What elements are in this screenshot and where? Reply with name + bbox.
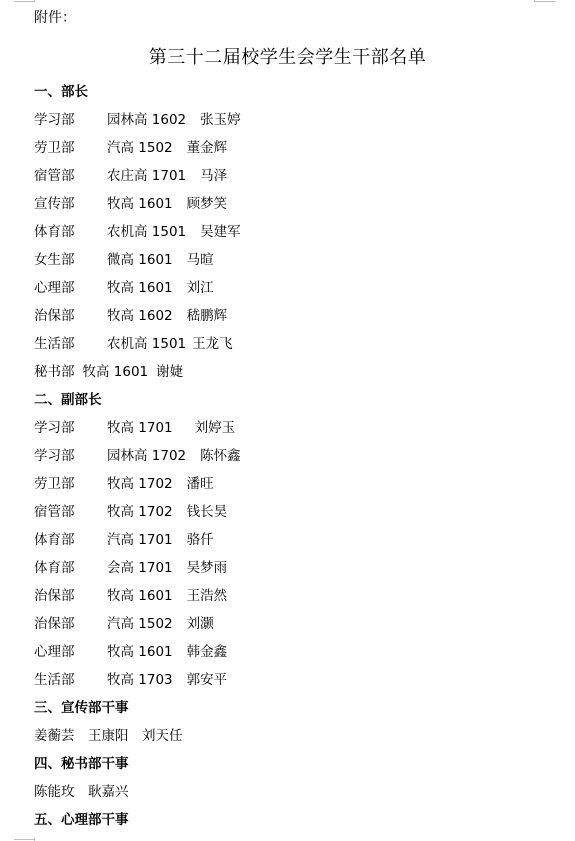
class-label: 牧高 1601	[107, 274, 173, 302]
dept-label: 治保部	[34, 582, 93, 610]
dept-label: 治保部	[34, 302, 93, 330]
list-item: 生活部牧高 1703郭安平	[34, 666, 554, 694]
person-name: 马泽	[200, 162, 227, 190]
class-label: 汽高 1502	[107, 134, 173, 162]
dept-label: 体育部	[34, 554, 93, 582]
class-label: 牧高 1601	[83, 358, 149, 386]
dept-label: 治保部	[34, 610, 93, 638]
class-label: 农庄高 1701	[107, 162, 186, 190]
person-name: 陈怀鑫	[200, 442, 241, 470]
person-name: 董金辉	[187, 134, 228, 162]
person-name: 王龙飞	[192, 330, 233, 358]
list-item: 宣传部牧高 1601顾梦笑	[34, 190, 554, 218]
dept-label: 宿管部	[34, 498, 93, 526]
dept-label: 宿管部	[34, 162, 93, 190]
class-label: 牧高 1601	[107, 582, 173, 610]
dept-label: 学习部	[34, 106, 93, 134]
crop-mark-top-right	[535, 1, 556, 2]
person-name: 刘婷玉	[195, 414, 236, 442]
crop-mark-top-left-tick	[34, 0, 35, 2]
section-heading-publicity-staff: 三、宣传部干事	[34, 694, 554, 722]
class-label: 汽高 1502	[107, 610, 173, 638]
list-item: 秘书部牧高 1601谢婕	[34, 358, 554, 386]
class-label: 牧高 1702	[107, 498, 173, 526]
person-name: 嵇鹏辉	[187, 302, 228, 330]
dept-label: 体育部	[34, 526, 93, 554]
dept-label: 学习部	[34, 442, 93, 470]
staff-names: 陈能玫 耿嘉兴	[34, 778, 554, 806]
list-item: 体育部农机高 1501吴建军	[34, 218, 554, 246]
list-item: 体育部汽高 1701骆仟	[34, 526, 554, 554]
class-label: 牧高 1703	[107, 666, 173, 694]
list-item: 学习部牧高 1701刘婷玉	[34, 414, 554, 442]
list-item: 宿管部牧高 1702钱长昊	[34, 498, 554, 526]
list-item: 学习部园林高 1702陈怀鑫	[34, 442, 554, 470]
dept-label: 宣传部	[34, 190, 93, 218]
dept-label: 生活部	[34, 330, 93, 358]
section-heading-psychology-staff: 五、心理部干事	[34, 806, 554, 834]
section-heading-ministers: 一、部长	[34, 78, 554, 106]
person-name: 韩金鑫	[187, 638, 228, 666]
person-name: 马暄	[187, 246, 214, 274]
list-item: 宿管部农庄高 1701马泽	[34, 162, 554, 190]
class-label: 微高 1601	[107, 246, 173, 274]
class-label: 农机高 1501	[107, 330, 186, 358]
dept-label: 生活部	[34, 666, 93, 694]
person-name: 谢婕	[156, 358, 183, 386]
class-label: 牧高 1701	[107, 414, 173, 442]
person-name: 郭安平	[187, 666, 228, 694]
class-label: 农机高 1501	[107, 218, 186, 246]
dept-label: 劳卫部	[34, 470, 93, 498]
person-name: 王浩然	[187, 582, 228, 610]
list-item: 治保部牧高 1602嵇鹏辉	[34, 302, 554, 330]
crop-mark-top-left	[14, 1, 34, 2]
person-name: 骆仟	[187, 526, 214, 554]
class-label: 园林高 1702	[107, 442, 186, 470]
class-label: 园林高 1602	[107, 106, 186, 134]
dept-label: 秘书部	[34, 358, 75, 386]
dept-label: 心理部	[34, 274, 93, 302]
person-name: 钱长昊	[187, 498, 228, 526]
person-name: 顾梦笑	[187, 190, 228, 218]
list-item: 心理部牧高 1601刘江	[34, 274, 554, 302]
list-item: 治保部汽高 1502刘灏	[34, 610, 554, 638]
crop-mark-top-right-tick	[534, 0, 535, 2]
document-body: 一、部长 学习部园林高 1602张玉婷 劳卫部汽高 1502董金辉 宿管部农庄高…	[34, 78, 554, 834]
person-name: 刘江	[187, 274, 214, 302]
staff-names: 姜蘅芸 王康阳 刘天任	[34, 722, 554, 750]
person-name: 刘灏	[187, 610, 214, 638]
list-item: 劳卫部牧高 1702潘旺	[34, 470, 554, 498]
dept-label: 体育部	[34, 218, 93, 246]
person-name: 潘旺	[187, 470, 214, 498]
list-item: 心理部牧高 1601韩金鑫	[34, 638, 554, 666]
class-label: 牧高 1702	[107, 470, 173, 498]
list-item: 学习部园林高 1602张玉婷	[34, 106, 554, 134]
dept-label: 学习部	[34, 414, 93, 442]
class-label: 牧高 1601	[107, 638, 173, 666]
section-heading-secretariat-staff: 四、秘书部干事	[34, 750, 554, 778]
dept-label: 劳卫部	[34, 134, 93, 162]
class-label: 牧高 1601	[107, 190, 173, 218]
class-label: 会高 1701	[107, 554, 173, 582]
list-item: 劳卫部汽高 1502董金辉	[34, 134, 554, 162]
list-item: 女生部微高 1601马暄	[34, 246, 554, 274]
class-label: 牧高 1602	[107, 302, 173, 330]
list-item: 生活部农机高 1501王龙飞	[34, 330, 554, 358]
list-item: 体育部会高 1701吴梦雨	[34, 554, 554, 582]
list-item: 治保部牧高 1601王浩然	[34, 582, 554, 610]
document-title: 第三十二届校学生会学生干部名单	[0, 45, 575, 71]
section-heading-vice-ministers: 二、副部长	[34, 386, 554, 414]
dept-label: 女生部	[34, 246, 93, 274]
dept-label: 心理部	[34, 638, 93, 666]
person-name: 吴梦雨	[187, 554, 228, 582]
person-name: 吴建军	[200, 218, 241, 246]
crop-mark-bottom-left	[14, 839, 34, 840]
class-label: 汽高 1701	[107, 526, 173, 554]
person-name: 张玉婷	[200, 106, 241, 134]
attachment-label: 附件：	[34, 8, 76, 28]
